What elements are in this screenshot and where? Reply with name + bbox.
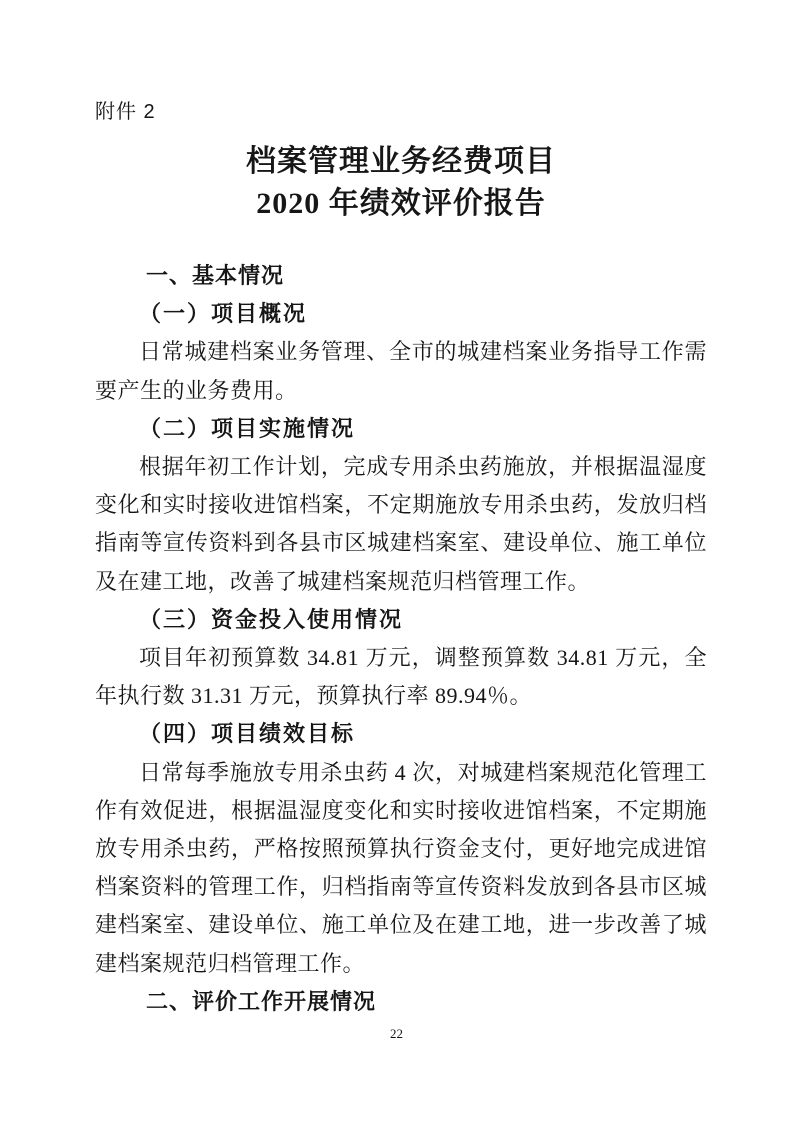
attachment-label: 附件 2 [95, 99, 707, 125]
paragraph-project-overview: 日常城建档案业务管理、全市的城建档案业务指导工作需要产生的业务费用。 [95, 333, 707, 409]
subsection-heading-project-implementation: （二）项目实施情况 [95, 410, 707, 448]
subsection-heading-performance-goals: （四）项目绩效目标 [95, 715, 707, 753]
document-title-line-2: 2020 年绩效评价报告 [95, 183, 707, 225]
section-heading-evaluation-work: 二、评价工作开展情况 [95, 983, 707, 1021]
document-content: 附件 2 档案管理业务经费项目 2020 年绩效评价报告 一、基本情况 （一）项… [95, 0, 707, 1021]
subsection-heading-funds-usage: （三）资金投入使用情况 [95, 601, 707, 639]
subsection-heading-project-overview: （一）项目概况 [95, 295, 707, 333]
document-body: 一、基本情况 （一）项目概况 日常城建档案业务管理、全市的城建档案业务指导工作需… [95, 257, 707, 1021]
document-page: 附件 2 档案管理业务经费项目 2020 年绩效评价报告 一、基本情况 （一）项… [0, 0, 793, 1122]
page-number: 22 [0, 1026, 793, 1042]
document-title-line-1: 档案管理业务经费项目 [95, 141, 707, 183]
paragraph-project-implementation: 根据年初工作计划，完成专用杀虫药施放，并根据温湿度变化和实时接收进馆档案，不定期… [95, 448, 707, 601]
section-heading-basic-info: 一、基本情况 [95, 257, 707, 295]
paragraph-performance-goals: 日常每季施放专用杀虫药 4 次，对城建档案规范化管理工作有效促进，根据温湿度变化… [95, 754, 707, 983]
document-title: 档案管理业务经费项目 2020 年绩效评价报告 [95, 141, 707, 225]
paragraph-funds-usage: 项目年初预算数 34.81 万元，调整预算数 34.81 万元，全年执行数 31… [95, 639, 707, 715]
